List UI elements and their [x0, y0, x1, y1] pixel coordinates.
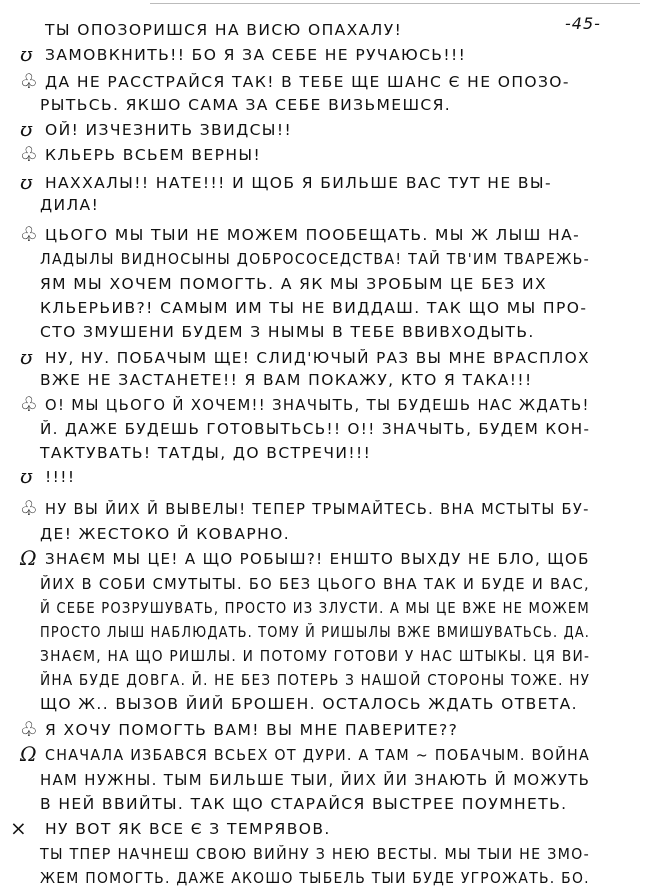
speaker-mark-icon: ʊ [20, 170, 34, 194]
line-text: ЛАДЫЛЫ ВИДНОСЫНЫ ДОБРОСОСЕДСТВА! ТАЙ ТВ'… [40, 250, 590, 268]
text-line: ТАКТУВАТЬ! ТАТДЫ, ДО ВСТРЕЧИ!!! [0, 444, 647, 466]
speaker-mark-icon: ♧ [20, 222, 39, 246]
line-text: НУ ВЫ ЙИХ Й ВЫВЕЛЫ! ТЕПЕР ТРЫМАЙТЕСЬ. ВН… [45, 500, 590, 518]
text-line: ʊ!!!! [0, 468, 647, 490]
text-line: РЫТЬСЬ. ЯКШО САМА ЗА СЕБЕ ВИЗЬМЕШСЯ. [0, 96, 647, 118]
text-line: ДИЛА! [0, 196, 647, 218]
speaker-mark-icon: ♧ [20, 392, 39, 416]
line-text: ОЙ! ИЗЧЕЗНИТЬ ЗВИДСЫ!! [45, 121, 292, 139]
speaker-mark-icon: × [10, 816, 28, 840]
text-line: ʊНАХХАЛЫ!! НАТЕ!!! И ЩОБ Я БИЛЬШЕ ВАС ТУ… [0, 174, 647, 196]
text-line: ♧О! МЫ ЦЬОГО Й ХОЧЕМ!! ЗНАЧЫТЬ, ТЫ БУДЕШ… [0, 396, 647, 418]
line-text: ПРОСТО ЛЫШ НАБЛЮДАТЬ. ТОМУ Й РИШЫЛЫ ВЖЕ … [40, 623, 590, 641]
text-line: ЛАДЫЛЫ ВИДНОСЫНЫ ДОБРОСОСЕДСТВА! ТАЙ ТВ'… [0, 250, 647, 272]
line-text: НУ, НУ. ПОБАЧЫМ ЩЕ! СЛИД'ЮЧЫЙ РАЗ ВЫ МНЕ… [45, 349, 590, 367]
speaker-mark-icon: ♧ [20, 69, 39, 93]
line-text: ЙИХ В СОБИ СМУТЫТЫ. БО БЕЗ ЦЬОГО ВНА ТАК… [40, 575, 590, 593]
line-text: ЗАМОВКНИТЬ!! БО Я ЗА СЕБЕ НЕ РУЧАЮСЬ!!! [45, 46, 466, 64]
text-line: СТО ЗМУШЕНИ БУДЕМ З НЫМЫ В ТЕБЕ ВВИВХОДЫ… [0, 323, 647, 345]
text-line: ♧Я ХОЧУ ПОМОГТЬ ВАМ! ВЫ МНЕ ПАВЕРИТЕ?? [0, 721, 647, 743]
text-line: ʊЗАМОВКНИТЬ!! БО Я ЗА СЕБЕ НЕ РУЧАЮСЬ!!! [0, 46, 647, 68]
text-line: ♧ДА НЕ РАССТРАЙСЯ ТАК! В ТЕБЕ ЩЕ ШАНС Є … [0, 73, 647, 95]
line-text: НУ ВОТ ЯК ВСЕ Є З ТЕМРЯВОВ. [45, 820, 331, 838]
text-line: ♧НУ ВЫ ЙИХ Й ВЫВЕЛЫ! ТЕПЕР ТРЫМАЙТЕСЬ. В… [0, 500, 647, 522]
line-text: ЖЕМ ПОМОГТЬ. ДАЖЕ АКОШО ТЫБЕЛЬ ТЫИ БУДЕ … [40, 869, 590, 887]
line-text: ТЫ ТПЕР НАЧНЕШ СВОЮ ВИЙНУ З НЕЮ ВЕСТЫ. М… [40, 845, 590, 863]
text-line: В НЕЙ ВВИЙТЫ. ТАК ЩО СТАРАЙСЯ ВЫСТРЕЕ ПО… [0, 795, 647, 817]
scan-edge-line [150, 3, 640, 4]
text-line: ♧КЛЬЕРЬ ВСЬЕМ ВЕРНЫ! [0, 146, 647, 168]
text-line: ДЕ! ЖЕСТОКО Й КОВАРНО. [0, 525, 647, 547]
line-text: Й. ДАЖЕ БУДЕШЬ ГОТОВЫТЬСЬ!! О!! ЗНАЧЫТЬ,… [40, 420, 590, 438]
line-text: ДИЛА! [40, 196, 99, 214]
speaker-mark-icon: ♧ [20, 717, 39, 741]
speaker-mark-icon: ʊ [20, 464, 34, 488]
line-text: НАМ НУЖНЫ. ТЫМ БИЛЬШЕ ТЫИ, ЙИХ ЙИ ЗНАЮТЬ… [40, 771, 590, 789]
speaker-mark-icon: ♧ [20, 142, 39, 166]
speaker-mark-icon: ʊ [20, 345, 34, 369]
line-text: СНАЧАЛА ИЗБАВСЯ ВСЬЕХ ОТ ДУРИ. А ТАМ ~ П… [45, 746, 590, 764]
text-line: ʊНУ, НУ. ПОБАЧЫМ ЩЕ! СЛИД'ЮЧЫЙ РАЗ ВЫ МН… [0, 349, 647, 371]
text-line: ЗНАЄМ, НА ЩО РИШЛЫ. И ПОТОМУ ГОТОВИ У НА… [0, 647, 647, 669]
line-text: !!!! [45, 468, 75, 486]
line-text: КЛЬЕРЬ ВСЬЕМ ВЕРНЫ! [45, 146, 261, 164]
line-text: ЗНАЄМ МЫ ЦЕ! А ЩО РОБЫШ?! ЕНШТО ВЫХДУ НЕ… [45, 550, 590, 568]
line-text: СТО ЗМУШЕНИ БУДЕМ З НЫМЫ В ТЕБЕ ВВИВХОДЫ… [40, 323, 535, 341]
text-line: ЙНА БУДЕ ДОВГА. Й. НЕ БЕЗ ПОТЕРЬ З НАШОЙ… [0, 671, 647, 693]
text-line: ЙИХ В СОБИ СМУТЫТЫ. БО БЕЗ ЦЬОГО ВНА ТАК… [0, 575, 647, 597]
text-line: ʊОЙ! ИЗЧЕЗНИТЬ ЗВИДСЫ!! [0, 121, 647, 143]
line-text: ЙНА БУДЕ ДОВГА. Й. НЕ БЕЗ ПОТЕРЬ З НАШОЙ… [40, 671, 590, 689]
text-line: НАМ НУЖНЫ. ТЫМ БИЛЬШЕ ТЫИ, ЙИХ ЙИ ЗНАЮТЬ… [0, 771, 647, 793]
line-text: О! МЫ ЦЬОГО Й ХОЧЕМ!! ЗНАЧЫТЬ, ТЫ БУДЕШЬ… [45, 396, 590, 414]
speaker-mark-icon: Ω [20, 742, 38, 766]
line-text: НАХХАЛЫ!! НАТЕ!!! И ЩОБ Я БИЛЬШЕ ВАС ТУТ… [45, 174, 552, 192]
text-line: ВЖЕ НЕ ЗАСТАНЕТЕ!! Я ВАМ ПОКАЖУ, КТО Я Т… [0, 371, 647, 393]
speaker-mark-icon: Ω [20, 546, 38, 570]
speaker-mark-icon: ♧ [20, 496, 39, 520]
line-text: Я ХОЧУ ПОМОГТЬ ВАМ! ВЫ МНЕ ПАВЕРИТЕ?? [45, 721, 458, 739]
line-text: Й СЕБЕ РОЗРУШУВАТЬ, ПРОСТО ИЗ ЗЛУСТИ. А … [40, 599, 590, 617]
line-text: ЦЬОГО МЫ ТЫИ НЕ МОЖЕМ ПООБЕЩАТЬ. МЫ Ж ЛЫ… [45, 226, 580, 244]
text-line: ТЫ ТПЕР НАЧНЕШ СВОЮ ВИЙНУ З НЕЮ ВЕСТЫ. М… [0, 845, 647, 867]
handwritten-page: -45- ТЫ ОПОЗОРИШСЯ НА ВИСЮ ОПАХАЛУ!ʊЗАМО… [0, 0, 647, 890]
text-line: КЛЬЕРЬИВ?! САМЫМ ИМ ТЫ НЕ ВИДДАШ. ТАК ЩО… [0, 299, 647, 321]
text-line: Й. ДАЖЕ БУДЕШЬ ГОТОВЫТЬСЬ!! О!! ЗНАЧЫТЬ,… [0, 420, 647, 442]
line-text: ВЖЕ НЕ ЗАСТАНЕТЕ!! Я ВАМ ПОКАЖУ, КТО Я Т… [40, 371, 533, 389]
line-text: РЫТЬСЬ. ЯКШО САМА ЗА СЕБЕ ВИЗЬМЕШСЯ. [40, 96, 451, 114]
text-line: ПРОСТО ЛЫШ НАБЛЮДАТЬ. ТОМУ Й РИШЫЛЫ ВЖЕ … [0, 623, 647, 645]
line-text: ТЫ ОПОЗОРИШСЯ НА ВИСЮ ОПАХАЛУ! [45, 21, 402, 39]
line-text: ЯМ МЫ ХОЧЕМ ПОМОГТЬ. А ЯК МЫ ЗРОБЫМ ЦЕ Б… [40, 275, 547, 293]
line-text: ТАКТУВАТЬ! ТАТДЫ, ДО ВСТРЕЧИ!!! [40, 444, 371, 462]
line-text: ДЕ! ЖЕСТОКО Й КОВАРНО. [40, 525, 290, 543]
line-text: ДА НЕ РАССТРАЙСЯ ТАК! В ТЕБЕ ЩЕ ШАНС Є Н… [45, 73, 570, 91]
text-line: ×НУ ВОТ ЯК ВСЕ Є З ТЕМРЯВОВ. [0, 820, 647, 842]
text-line: ♧ЦЬОГО МЫ ТЫИ НЕ МОЖЕМ ПООБЕЩАТЬ. МЫ Ж Л… [0, 226, 647, 248]
speaker-mark-icon: ʊ [20, 117, 34, 141]
text-line: ЖЕМ ПОМОГТЬ. ДАЖЕ АКОШО ТЫБЕЛЬ ТЫИ БУДЕ … [0, 869, 647, 890]
line-text: В НЕЙ ВВИЙТЫ. ТАК ЩО СТАРАЙСЯ ВЫСТРЕЕ ПО… [40, 795, 567, 813]
text-line: ΩСНАЧАЛА ИЗБАВСЯ ВСЬЕХ ОТ ДУРИ. А ТАМ ~ … [0, 746, 647, 768]
speaker-mark-icon: ʊ [20, 42, 34, 66]
text-line: ЩО Ж.. ВЫЗОВ ЙИЙ БРОШЕН. ОСТАЛОСЬ ЖДАТЬ … [0, 695, 647, 717]
line-text: КЛЬЕРЬИВ?! САМЫМ ИМ ТЫ НЕ ВИДДАШ. ТАК ЩО… [40, 299, 587, 317]
text-line: ΩЗНАЄМ МЫ ЦЕ! А ЩО РОБЫШ?! ЕНШТО ВЫХДУ Н… [0, 550, 647, 572]
text-line: ТЫ ОПОЗОРИШСЯ НА ВИСЮ ОПАХАЛУ! [0, 21, 647, 43]
line-text: ЗНАЄМ, НА ЩО РИШЛЫ. И ПОТОМУ ГОТОВИ У НА… [40, 647, 590, 665]
line-text: ЩО Ж.. ВЫЗОВ ЙИЙ БРОШЕН. ОСТАЛОСЬ ЖДАТЬ … [40, 695, 578, 713]
text-line: ЯМ МЫ ХОЧЕМ ПОМОГТЬ. А ЯК МЫ ЗРОБЫМ ЦЕ Б… [0, 275, 647, 297]
text-line: Й СЕБЕ РОЗРУШУВАТЬ, ПРОСТО ИЗ ЗЛУСТИ. А … [0, 599, 647, 621]
